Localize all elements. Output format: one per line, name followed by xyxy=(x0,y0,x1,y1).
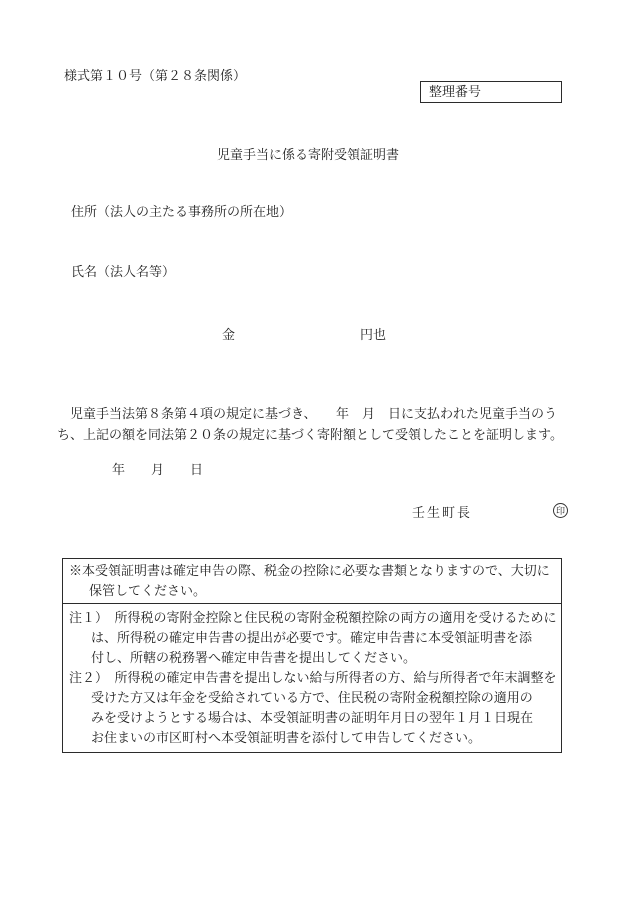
seal-icon: 印 xyxy=(553,503,568,518)
note2-line: みを受けようとする場合は、本受領証明書の証明年月日の翌年１月１日現在 xyxy=(69,708,557,728)
date-line: 年 月 日 xyxy=(112,459,203,478)
certification-paragraph: 児童手当法第８条第４項の規定に基づき、 年 月 日に支払われた児童手当のう ち、… xyxy=(57,403,563,445)
notes-section: ※本受領証明書は確定申告の際、税金の控除に必要な書類となりますので、大切に 保管… xyxy=(62,558,562,753)
name-label: 氏名（法人名等） xyxy=(71,261,175,280)
important-note-line: ※本受領証明書は確定申告の際、税金の控除に必要な書類となりますので、大切に xyxy=(69,561,557,581)
address-label: 住所（法人の主たる事務所の所在地） xyxy=(71,201,292,220)
form-number: 様式第１０号（第２８条関係） xyxy=(64,65,246,84)
reference-number-box: 整理番号 xyxy=(420,81,562,103)
important-note-box: ※本受領証明書は確定申告の際、税金の控除に必要な書類となりますので、大切に 保管… xyxy=(62,558,562,604)
note2-line: お住まいの市区町村へ本受領証明書を添付して申告してください。 xyxy=(69,728,557,748)
note2-line: 注２） 所得税の確定申告書を提出しない給与所得者の方、給与所得者で年末調整を xyxy=(69,668,557,688)
note2-line: 受けた方又は年金を受給されている方で、住民税の寄附金税額控除の適用の xyxy=(69,688,557,708)
signer-name: 壬生町長 xyxy=(412,502,472,521)
note1-line: は、所得税の確定申告書の提出が必要です。確定申告書に本受領証明書を添 xyxy=(69,628,557,648)
amount-suffix-label: 円也 xyxy=(360,324,386,343)
page-title: 児童手当に係る寄附受領証明書 xyxy=(217,144,399,163)
note1-line: 注１） 所得税の寄附金控除と住民税の寄附金税額控除の両方の適用を受けるために xyxy=(69,608,557,628)
detail-notes-box: 注１） 所得税の寄附金控除と住民税の寄附金税額控除の両方の適用を受けるために は… xyxy=(62,604,562,753)
document-page: 様式第１０号（第２８条関係） 整理番号 児童手当に係る寄附受領証明書 住所（法人… xyxy=(0,0,630,903)
amount-prefix-label: 金 xyxy=(222,324,235,343)
important-note-line: 保管してください。 xyxy=(69,581,557,601)
reference-number-label: 整理番号 xyxy=(421,82,561,101)
certification-line: 児童手当法第８条第４項の規定に基づき、 年 月 日に支払われた児童手当のう xyxy=(57,403,563,424)
note1-line: 付し、所轄の税務署へ確定申告書を提出してください。 xyxy=(69,648,557,668)
certification-line: ち、上記の額を同法第２０条の規定に基づく寄附額として受領したことを証明します。 xyxy=(57,424,563,445)
